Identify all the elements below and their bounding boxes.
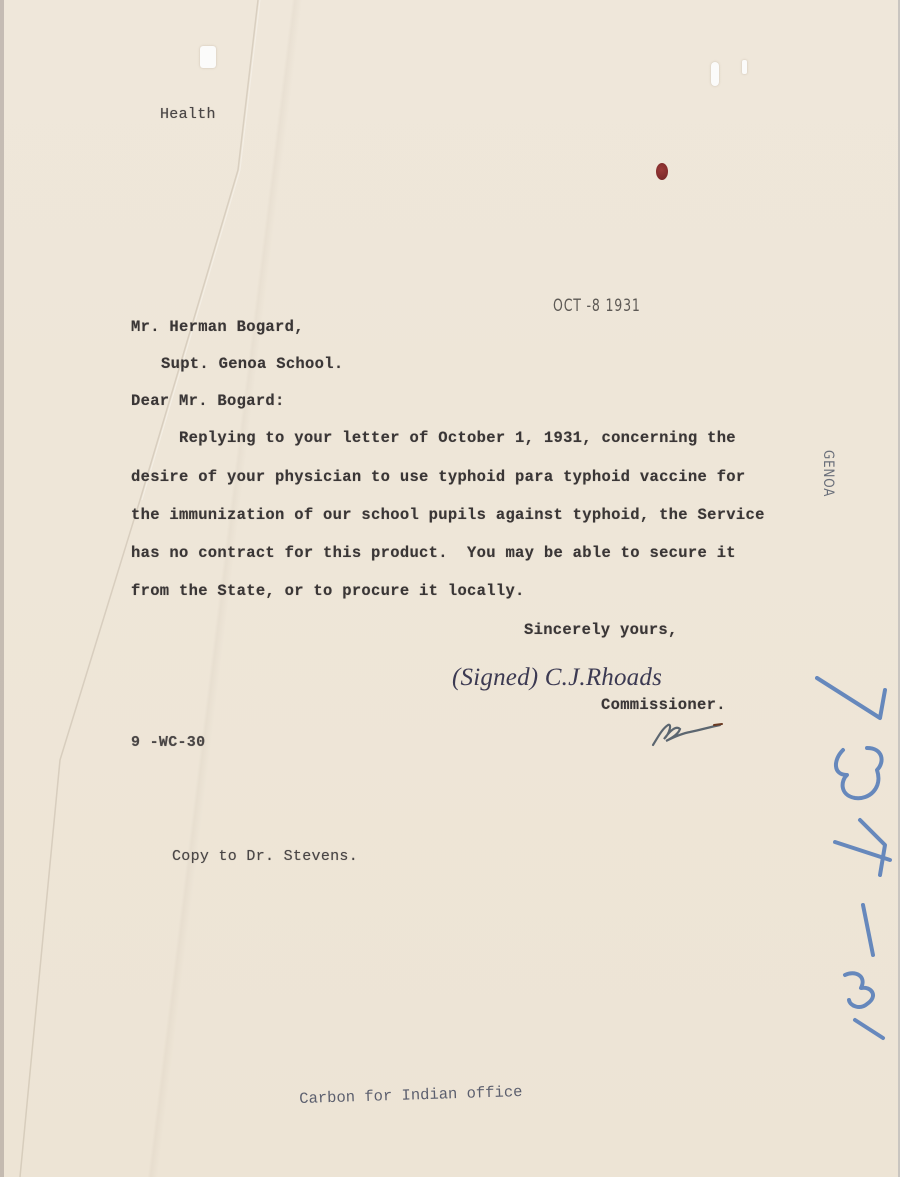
salutation: Dear Mr. Bogard: (131, 392, 285, 410)
signature: (Signed) C.J.Rhoads (452, 664, 662, 692)
body-line: from the State, or to procure it locally… (131, 582, 525, 600)
side-stamp-genoa: GENOA (820, 450, 836, 497)
department-label: Health (160, 106, 216, 123)
date-stamp: OCT -8 1931 (553, 296, 641, 316)
letter-page: Health OCT -8 1931 Mr. Herman Bogard, Su… (0, 0, 900, 1177)
reference-code: 9 -WC-30 (131, 734, 205, 751)
recipient-title: Supt. Genoa School. (161, 355, 343, 373)
body-line: has no contract for this product. You ma… (131, 544, 736, 562)
handwritten-file-number-icon (805, 670, 900, 1050)
signer-title: Commissioner. (601, 696, 726, 714)
body-line: the immunization of our school pupils ag… (131, 506, 765, 524)
carbon-note-stamp: Carbon for Indian office (299, 1083, 523, 1108)
punch-hole-left (200, 46, 216, 68)
handwritten-initials-icon (648, 715, 728, 750)
red-ink-mark (656, 163, 668, 180)
punch-mark-right-small (742, 60, 747, 74)
body-line: Replying to your letter of October 1, 19… (131, 429, 736, 447)
copy-note: Copy to Dr. Stevens. (172, 848, 358, 865)
recipient-name: Mr. Herman Bogard, (131, 318, 304, 336)
closing: Sincerely yours, (524, 621, 678, 639)
punch-hole-right (711, 62, 719, 86)
body-line: desire of your physician to use typhoid … (131, 468, 746, 486)
